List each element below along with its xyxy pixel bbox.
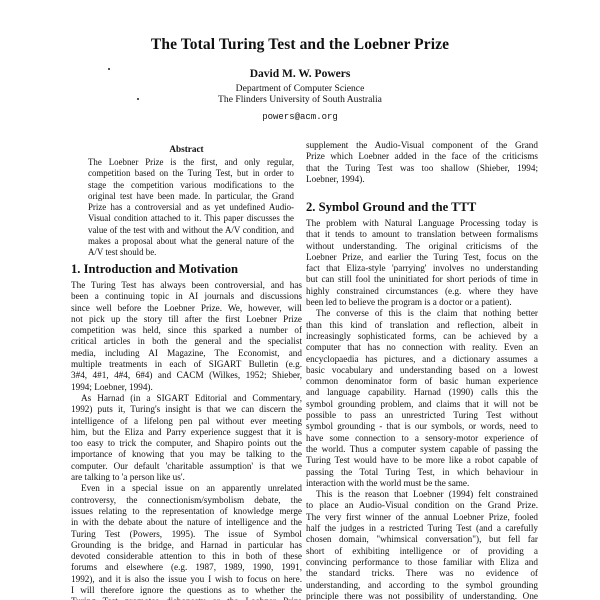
text-line: him, but the Eliza and Parry experience … [71, 427, 302, 438]
text-line: issues relating to the representation of… [71, 506, 302, 517]
text-line: The very first winner of the annual Loeb… [306, 512, 538, 523]
text-line: multiple treatments in each of SIGART Bu… [71, 359, 302, 370]
text-line: 1994; Loebner, 1994). [71, 382, 302, 393]
text-line: not pick up the story till after the fir… [71, 314, 302, 325]
text-line: half the judges in a restricted Turing T… [306, 523, 538, 534]
section-1-body: The Turing Test has always been controve… [71, 280, 302, 600]
text-line: have some connection to a sensory-motor … [306, 433, 538, 444]
text-line: passing the Total Turing Test, in which … [306, 467, 538, 478]
text-line: forums and elsewhere (e.g. 1987, 1989, 1… [71, 562, 302, 573]
text-line: Turing Test promotes dishonesty or the L… [71, 596, 302, 600]
right-column-continuation: supplement the Audio-Visual component of… [306, 140, 538, 185]
section-2-body: The problem with Natural Language Proces… [306, 218, 538, 600]
author-university: The Flinders University of South Austral… [0, 94, 600, 105]
text-line: common denominator form of basic human e… [306, 376, 538, 387]
text-line: The converse of this is the claim that n… [306, 308, 538, 319]
author-email: powers@acm.org [0, 112, 600, 122]
text-line: the world. Thus a computer system capabl… [306, 444, 538, 455]
text-line: understanding, and according to the symb… [306, 580, 538, 591]
text-line: Turing Test would have to be more like a… [306, 455, 538, 466]
text-line: The problem with Natural Language Proces… [306, 218, 538, 229]
text-line: chosen domain, "whimsical conversation")… [306, 534, 538, 545]
text-line: to place an Audio-Visual condition on th… [306, 500, 538, 511]
text-line: are talking to 'a person like us'. [71, 472, 302, 483]
text-line: that the Turing Test was too shallow (Sh… [306, 163, 538, 174]
text-line: in with the debate about the nature of i… [71, 517, 302, 528]
text-line: 1992) puts it, Turing's insight is that … [71, 404, 302, 415]
paper-title: The Total Turing Test and the Loebner Pr… [0, 36, 600, 54]
text-line: highly constrained circumstances (e.g. w… [306, 286, 538, 297]
text-line: critical articles in both the general an… [71, 336, 302, 347]
text-line: importance of knowing that you may be ta… [71, 449, 302, 460]
text-line: computer. Our default 'charitable assump… [71, 461, 302, 472]
text-line: Even in a special issue on an apparently… [71, 483, 302, 494]
scan-speck [108, 68, 110, 70]
text-line: 1992), and it is also the issue you I wi… [71, 574, 302, 585]
text-line: possible to pass an unrestricted Turing … [306, 410, 538, 421]
text-line: media, including AI Magazine, The Econom… [71, 348, 302, 359]
text-line: supplement the Audio-Visual component of… [306, 140, 538, 151]
text-line: since well before the Loebner Prize. We,… [71, 303, 302, 314]
text-line: competition was held, since this sparked… [71, 325, 302, 336]
text-line: fact that Eliza-style 'parrying' involve… [306, 263, 538, 274]
text-line: Turing Test (Powers, 1995). The issue of… [71, 529, 302, 540]
text-line: 3#4, 4#1, 4#4, 6#4) and CACM (Wilkes, 19… [71, 370, 302, 381]
text-line: symbol grounding - that is our symbols, … [306, 421, 538, 432]
text-line: A/V test should be. [88, 247, 294, 258]
text-line: Prize which Loebner added in the face of… [306, 151, 538, 162]
text-line: short of exhibiting intelligence or of p… [306, 546, 538, 557]
text-line: The Turing Test has always been controve… [71, 280, 302, 291]
text-line: As Harnad (in a SIGART Editorial and Com… [71, 393, 302, 404]
text-line: too easy to trick the computer, and Shap… [71, 438, 302, 449]
text-line: makes a proposal about what the general … [88, 236, 294, 247]
text-line: interaction with the world must be the s… [306, 478, 538, 489]
section-1-heading: 1. Introduction and Motivation [71, 262, 238, 277]
text-line: computer that has no connection with rea… [306, 342, 538, 353]
text-line: intelligence of a lifelong pen pal witho… [71, 416, 302, 427]
text-line: that it tends to amount to translation b… [306, 229, 538, 240]
text-line: been a continuing topic in AI journals a… [71, 291, 302, 302]
text-line: encyclopaedia has pictures, and a dictio… [306, 354, 538, 365]
text-line: This is the reason that Loebner (1994) f… [306, 489, 538, 500]
text-line: Visual condition attached to it. This pa… [88, 213, 294, 224]
text-line: I will therefore ignore the questions as… [71, 585, 302, 596]
text-line: basic vocabulary and understanding based… [306, 365, 538, 376]
text-line: The Loebner Prize is the first, and only… [88, 157, 294, 168]
text-line: without understanding. The original crit… [306, 241, 538, 252]
text-line: but can still fool the uninitiated for s… [306, 274, 538, 285]
text-line: been led to believe the program is a doc… [306, 297, 538, 308]
text-line: principle there was not possibility of u… [306, 591, 538, 600]
abstract-body: The Loebner Prize is the first, and only… [88, 157, 294, 259]
text-line: Loebner Prize, and earlier the Turing Te… [306, 252, 538, 263]
text-line: the standard tricks. There was no eviden… [306, 568, 538, 579]
text-line: controversy, the connectionism/symbolism… [71, 495, 302, 506]
text-line: devoted considerable attention to this i… [71, 551, 302, 562]
text-line: stage the competition various modificati… [88, 180, 294, 191]
text-line: convincing performance to those familiar… [306, 557, 538, 568]
text-line: Loebner, 1994). [306, 174, 538, 185]
author-name: David M. W. Powers [0, 68, 600, 80]
text-line: Prize has a controversial and as yet und… [88, 202, 294, 213]
text-line: value of the test with and without the A… [88, 225, 294, 236]
text-line: Grounding is the bridge, and Harnad in p… [71, 540, 302, 551]
abstract-heading: Abstract [71, 144, 302, 154]
text-line: competition based on the Turing Test, bu… [88, 168, 294, 179]
text-line: original test have been made. In particu… [88, 191, 294, 202]
text-line: increasingly sophisticated forms, can be… [306, 331, 538, 342]
text-line: symbol grounding problem, and claims tha… [306, 399, 538, 410]
author-department: Department of Computer Science [0, 83, 600, 94]
text-line: and language capability. Harnad (1990) c… [306, 387, 538, 398]
section-2-heading: 2. Symbol Ground and the TTT [306, 200, 476, 215]
scan-speck [137, 98, 139, 100]
text-line: than this kind of translation and reflec… [306, 320, 538, 331]
